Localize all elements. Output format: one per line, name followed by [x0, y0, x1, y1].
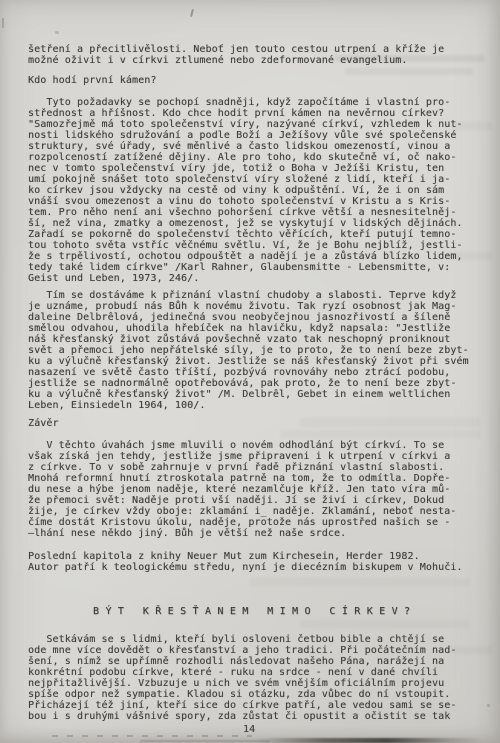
scan-speck-1 [190, 9, 194, 17]
chapter-title: B Ý T K Ř E S Ť A N E M M I M O C Í R K … [93, 606, 410, 617]
bleedthrough-ghost-5 [300, 418, 480, 427]
page-number: 14 [243, 724, 255, 735]
intro-paragraph: šetření a přecitlivělosti. Neboť jen tou… [28, 44, 444, 66]
scan-speck-3 [55, 31, 59, 34]
bleedthrough-ghost-8 [300, 620, 470, 628]
bleedthrough-ghost-2 [345, 68, 473, 75]
paragraph-conclusion: V těchto úvahách jsme mluvili o novém od… [28, 440, 456, 539]
scan-speck-2 [2, 18, 4, 28]
scan-speck-4 [487, 704, 490, 707]
bleedthrough-ghost-6 [280, 430, 480, 438]
paragraph-rahner-quote: Tyto požadavky se pochopí snadněji, když… [28, 97, 463, 284]
section-heading-conclusion: Závěr [28, 418, 59, 429]
bottom-faint-line [52, 735, 252, 737]
source-note: Poslední kapitola z knihy Neuer Mut zum … [28, 551, 463, 573]
bottom-edge-shadow-left [140, 740, 270, 742]
paragraph-chapter-intro: Setkávám se s lidmi, kteří byli osloveni… [28, 634, 456, 722]
section-heading-first-stone: Kdo hodí první kámen? [28, 75, 157, 86]
paragraph-delbrel-quote: Tím se dostáváme k přiznání vlastní chud… [28, 290, 469, 411]
bleedthrough-ghost-7 [250, 578, 470, 586]
bleedthrough-ghost-9 [452, 646, 492, 654]
bottom-edge-shadow [255, 738, 483, 743]
scan-page: šetření a přecitlivělosti. Neboť jen tou… [0, 0, 500, 743]
